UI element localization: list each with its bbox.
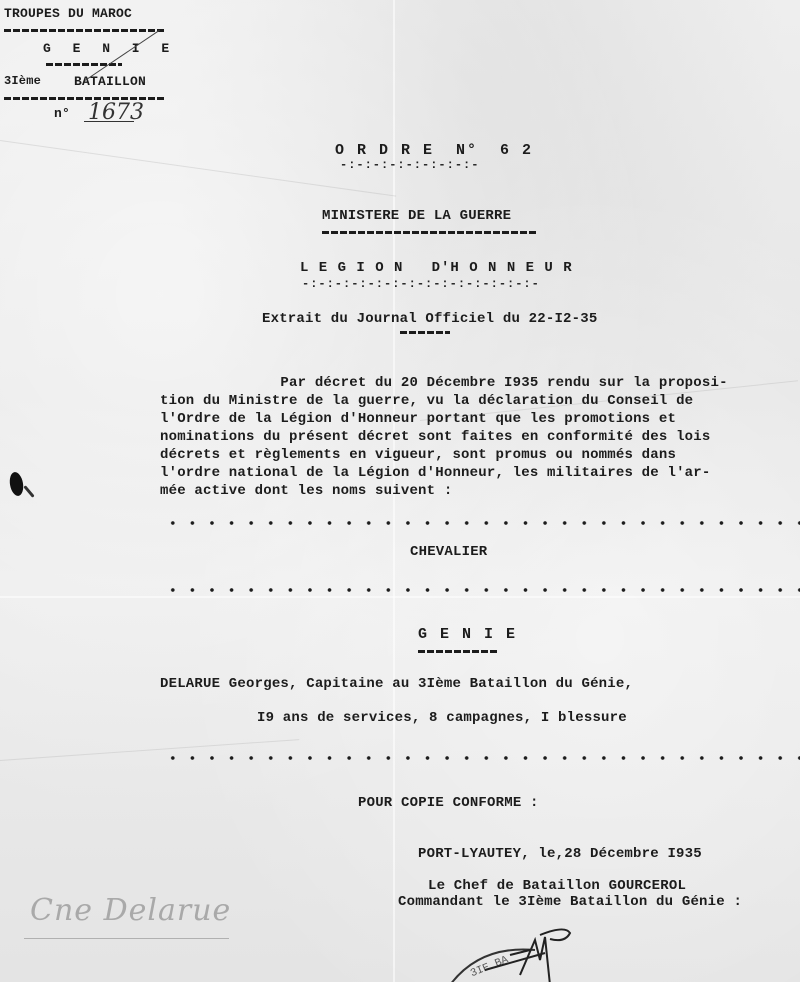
dotted-separator	[163, 588, 800, 592]
legion-heading: L E G I O N D'H O N N E U R	[300, 260, 573, 276]
ministry-heading: MINISTERE DE LA GUERRE	[322, 208, 511, 224]
decree-line-2: tion du Ministre de la guerre, vu la déc…	[160, 393, 693, 409]
recipient-line-2: I9 ans de services, 8 campagnes, I bless…	[257, 710, 627, 726]
signer-name: Le Chef de Bataillon GOURCEROL	[428, 878, 686, 894]
journal-extract-line: Extrait du Journal Officiel du 22-I2-35	[262, 311, 597, 327]
official-stamp-and-signature: 3IE BA	[440, 925, 600, 982]
order-title-ornament: -:-:-:-:-:-:-:-:-	[340, 158, 479, 172]
letterhead-battalion: BATAILLON	[74, 74, 146, 89]
letterhead-troupes: TROUPES DU MAROC	[4, 6, 132, 21]
decree-line-3: l'Ordre de la Légion d'Honneur portant q…	[160, 411, 676, 427]
letterhead-battalion-number: 3Ième	[4, 74, 41, 88]
margin-note-underline	[24, 938, 229, 939]
letterhead-rule	[4, 29, 164, 32]
dotted-separator	[163, 521, 800, 525]
decree-line-4: nominations du présent décret sont faite…	[160, 429, 711, 445]
decree-line-6: l'ordre national de la Légion d'Honneur,…	[160, 465, 711, 481]
paper-fold-horizontal	[0, 596, 800, 598]
signer-title: Commandant le 3Ième Bataillon du Génie :	[398, 894, 742, 910]
ministry-underline	[322, 231, 538, 234]
handwritten-margin-note: Cne Delarue	[30, 893, 231, 928]
dotted-separator	[163, 756, 800, 760]
letterhead-genie: G E N I E	[43, 41, 176, 56]
legion-heading-ornament: -:-:-:-:-:-:-:-:-:-:-:-:-:-:-	[302, 277, 540, 291]
certification-line: POUR COPIE CONFORME :	[358, 795, 539, 811]
stamp-text: 3IE BA	[469, 954, 511, 980]
number-underline	[84, 121, 134, 122]
recipient-line-1: DELARUE Georges, Capitaine au 3Ième Bata…	[160, 676, 633, 692]
rank-heading: CHEVALIER	[410, 544, 487, 560]
arm-underline	[418, 650, 498, 653]
order-title: O R D R E N° 6 2	[335, 142, 533, 159]
place-and-date: PORT-LYAUTEY, le,28 Décembre I935	[418, 846, 702, 862]
decree-line-1: Par décret du 20 Décembre I935 rendu sur…	[160, 375, 728, 391]
extract-underline	[400, 331, 450, 334]
signature-scrawl	[485, 929, 570, 982]
decree-line-7: mée active dont les noms suivent :	[160, 483, 452, 499]
number-label: n°	[54, 106, 70, 121]
decree-line-5: décrets et règlements en vigueur, sont p…	[160, 447, 676, 463]
arm-heading: G E N I E	[418, 626, 517, 643]
